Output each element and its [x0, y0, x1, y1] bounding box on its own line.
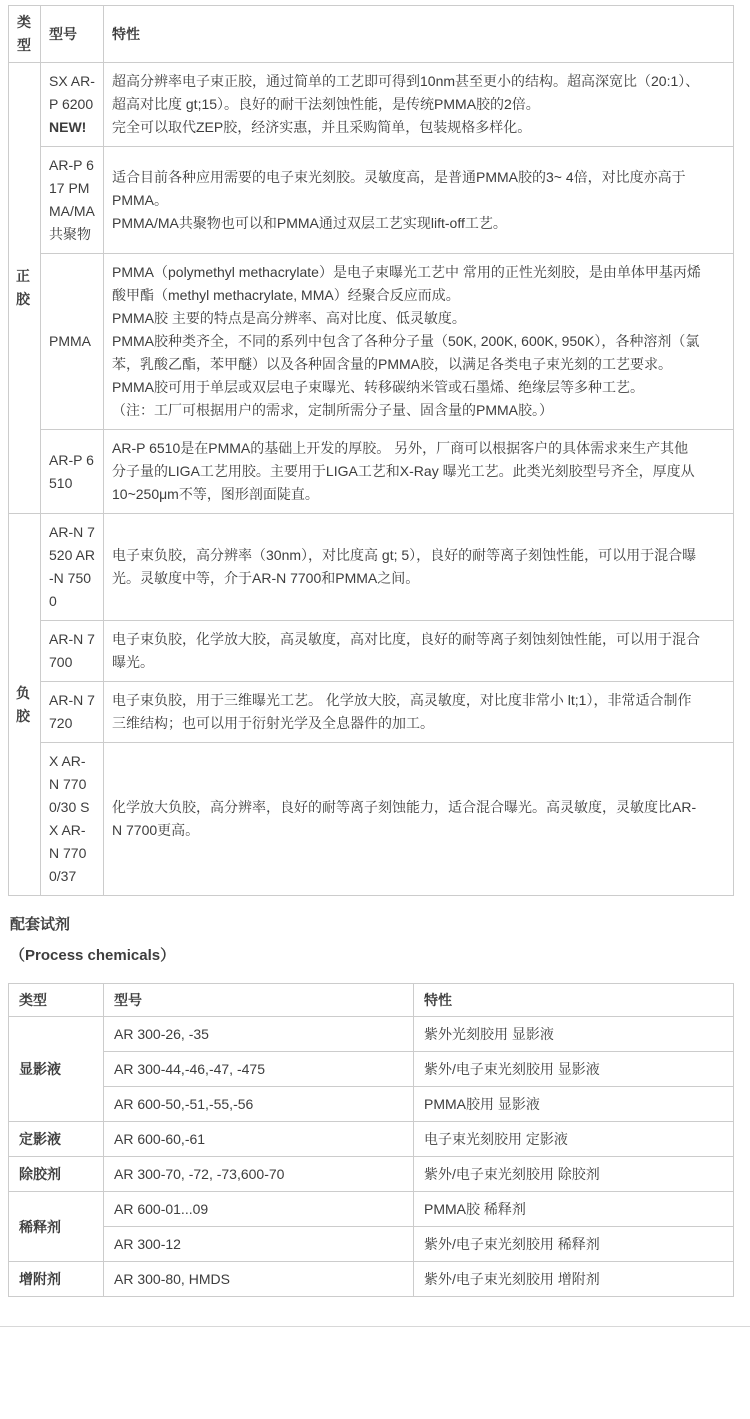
column-header-model: 型号: [104, 984, 414, 1017]
type-group-cell: 显影液: [9, 1017, 104, 1122]
feature-cell: 电子束负胶，高分辨率（30nm），对比度高 gt; 5），良好的耐等离子刻蚀性能…: [104, 514, 734, 621]
model-cell: X AR-N 7700/30 SX AR-N 7700/37: [41, 743, 104, 896]
feature-paragraph: 适合目前各种应用需要的电子束光刻胶。灵敏度高，是普通PMMA胶的3~ 4倍，对比…: [112, 166, 701, 212]
table-row: 负胶AR-N 7520 AR-N 7500电子束负胶，高分辨率（30nm），对比…: [9, 514, 734, 621]
feature-cell: PMMA胶用 显影液: [414, 1087, 734, 1122]
chemicals-table: 类型 型号 特性 显影液AR 300-26, -35紫外光刻胶用 显影液AR 3…: [8, 983, 734, 1297]
feature-paragraph: 电子束负胶，用于三维曝光工艺。 化学放大胶，高灵敏度，对比度非常小 lt;1），…: [112, 689, 701, 735]
feature-paragraph: PMMA胶种类齐全，不同的系列中包含了各种分子量（50K, 200K, 600K…: [112, 330, 701, 376]
model-cell: AR 300-12: [104, 1227, 414, 1262]
resist-table-header-row: 类型 型号 特性: [9, 6, 734, 63]
feature-paragraph: 完全可以取代ZEP胶，经济实惠，并且采购简单，包装规格多样化。: [112, 116, 701, 139]
model-cell: AR 300-44,-46,-47, -475: [104, 1052, 414, 1087]
model-cell: AR-N 7720: [41, 682, 104, 743]
chemicals-table-header-row: 类型 型号 特性: [9, 984, 734, 1017]
table-row: 定影液AR 600-60,-61电子束光刻胶用 定影液: [9, 1122, 734, 1157]
feature-cell: 超高分辨率电子束正胶，通过简单的工艺即可得到10nm甚至更小的结构。超高深宽比（…: [104, 63, 734, 147]
feature-paragraph: 化学放大负胶，高分辨率，良好的耐等离子刻蚀能力，适合混合曝光。高灵敏度，灵敏度比…: [112, 796, 701, 842]
feature-cell: PMMA（polymethyl methacrylate）是电子束曝光工艺中 常…: [104, 254, 734, 430]
feature-cell: 紫外/电子束光刻胶用 显影液: [414, 1052, 734, 1087]
feature-paragraph: AR-P 6510是在PMMA的基础上开发的厚胶。 另外，厂商可以根据客户的具体…: [112, 437, 701, 506]
feature-cell: PMMA胶 稀释剂: [414, 1192, 734, 1227]
table-row: AR-N 7720电子束负胶，用于三维曝光工艺。 化学放大胶，高灵敏度，对比度非…: [9, 682, 734, 743]
table-row: 稀释剂AR 600-01...09PMMA胶 稀释剂: [9, 1192, 734, 1227]
type-group-cell: 增附剂: [9, 1262, 104, 1297]
table-row: AR-P 617 PMMA/MA 共聚物适合目前各种应用需要的电子束光刻胶。灵敏…: [9, 147, 734, 254]
page: 类型 型号 特性 正胶SX AR-P 6200NEW!超高分辨率电子束正胶，通过…: [0, 0, 750, 1297]
feature-cell: 化学放大负胶，高分辨率，良好的耐等离子刻蚀能力，适合混合曝光。高灵敏度，灵敏度比…: [104, 743, 734, 896]
table-row: AR 300-44,-46,-47, -475紫外/电子束光刻胶用 显影液: [9, 1052, 734, 1087]
feature-paragraph: PMMA胶可用于单层或双层电子束曝光、转移碳纳米管或石墨烯、绝缘层等多种工艺。: [112, 376, 701, 399]
model-cell: AR 300-70, -72, -73,600-70: [104, 1157, 414, 1192]
table-row: AR-N 7700电子束负胶，化学放大胶，高灵敏度，高对比度，良好的耐等离子刻蚀…: [9, 621, 734, 682]
feature-cell: 紫外/电子束光刻胶用 增附剂: [414, 1262, 734, 1297]
type-group-cell: 负胶: [9, 514, 41, 896]
column-header-type: 类型: [9, 984, 104, 1017]
feature-paragraph: PMMA胶 主要的特点是高分辨率、高对比度、低灵敏度。: [112, 307, 701, 330]
table-row: PMMAPMMA（polymethyl methacrylate）是电子束曝光工…: [9, 254, 734, 430]
resist-table: 类型 型号 特性 正胶SX AR-P 6200NEW!超高分辨率电子束正胶，通过…: [8, 5, 734, 896]
feature-cell: 紫外光刻胶用 显影液: [414, 1017, 734, 1052]
bottom-divider: [0, 1326, 750, 1327]
feature-cell: 电子束负胶，用于三维曝光工艺。 化学放大胶，高灵敏度，对比度非常小 lt;1），…: [104, 682, 734, 743]
type-group-cell: 定影液: [9, 1122, 104, 1157]
type-group-cell: 稀释剂: [9, 1192, 104, 1262]
model-cell: AR 600-50,-51,-55,-56: [104, 1087, 414, 1122]
feature-cell: AR-P 6510是在PMMA的基础上开发的厚胶。 另外，厂商可以根据客户的具体…: [104, 430, 734, 514]
new-badge: NEW!: [49, 116, 95, 139]
model-cell: AR-N 7700: [41, 621, 104, 682]
feature-cell: 电子束负胶，化学放大胶，高灵敏度，高对比度，良好的耐等离子刻蚀刻蚀性能，可以用于…: [104, 621, 734, 682]
feature-cell: 紫外/电子束光刻胶用 稀释剂: [414, 1227, 734, 1262]
feature-paragraph: 电子束负胶，高分辨率（30nm），对比度高 gt; 5），良好的耐等离子刻蚀性能…: [112, 544, 701, 590]
model-cell: AR-P 6510: [41, 430, 104, 514]
column-header-model: 型号: [41, 6, 104, 63]
model-cell: AR 300-80, HMDS: [104, 1262, 414, 1297]
feature-paragraph: 电子束负胶，化学放大胶，高灵敏度，高对比度，良好的耐等离子刻蚀刻蚀性能，可以用于…: [112, 628, 701, 674]
model-cell: PMMA: [41, 254, 104, 430]
type-group-cell: 正胶: [9, 63, 41, 514]
table-row: 增附剂AR 300-80, HMDS紫外/电子束光刻胶用 增附剂: [9, 1262, 734, 1297]
feature-paragraph: PMMA/MA共聚物也可以和PMMA通过双层工艺实现lift-off工艺。: [112, 212, 701, 235]
model-cell: AR 600-01...09: [104, 1192, 414, 1227]
table-row: AR-P 6510AR-P 6510是在PMMA的基础上开发的厚胶。 另外，厂商…: [9, 430, 734, 514]
model-cell: AR-P 617 PMMA/MA 共聚物: [41, 147, 104, 254]
table-row: 显影液AR 300-26, -35紫外光刻胶用 显影液: [9, 1017, 734, 1052]
column-header-feature: 特性: [414, 984, 734, 1017]
column-header-type: 类型: [9, 6, 41, 63]
table-row: 正胶SX AR-P 6200NEW!超高分辨率电子束正胶，通过简单的工艺即可得到…: [9, 63, 734, 147]
table-row: 除胶剂AR 300-70, -72, -73,600-70紫外/电子束光刻胶用 …: [9, 1157, 734, 1192]
section-heading-chemicals-cn: 配套试剂: [10, 913, 742, 936]
model-cell: SX AR-P 6200NEW!: [41, 63, 104, 147]
model-cell: AR-N 7520 AR-N 7500: [41, 514, 104, 621]
feature-cell: 适合目前各种应用需要的电子束光刻胶。灵敏度高，是普通PMMA胶的3~ 4倍，对比…: [104, 147, 734, 254]
feature-cell: 电子束光刻胶用 定影液: [414, 1122, 734, 1157]
table-row: X AR-N 7700/30 SX AR-N 7700/37化学放大负胶，高分辨…: [9, 743, 734, 896]
feature-paragraph: 超高分辨率电子束正胶，通过简单的工艺即可得到10nm甚至更小的结构。超高深宽比（…: [112, 70, 701, 116]
type-group-cell: 除胶剂: [9, 1157, 104, 1192]
table-row: AR 600-50,-51,-55,-56PMMA胶用 显影液: [9, 1087, 734, 1122]
section-heading-chemicals-en: （Process chemicals）: [10, 944, 742, 967]
model-cell: AR 300-26, -35: [104, 1017, 414, 1052]
table-row: AR 300-12紫外/电子束光刻胶用 稀释剂: [9, 1227, 734, 1262]
column-header-feature: 特性: [104, 6, 734, 63]
model-cell: AR 600-60,-61: [104, 1122, 414, 1157]
feature-cell: 紫外/电子束光刻胶用 除胶剂: [414, 1157, 734, 1192]
feature-paragraph: （注：工厂可根据用户的需求，定制所需分子量、固含量的PMMA胶。）: [112, 399, 701, 422]
feature-paragraph: PMMA（polymethyl methacrylate）是电子束曝光工艺中 常…: [112, 261, 701, 307]
